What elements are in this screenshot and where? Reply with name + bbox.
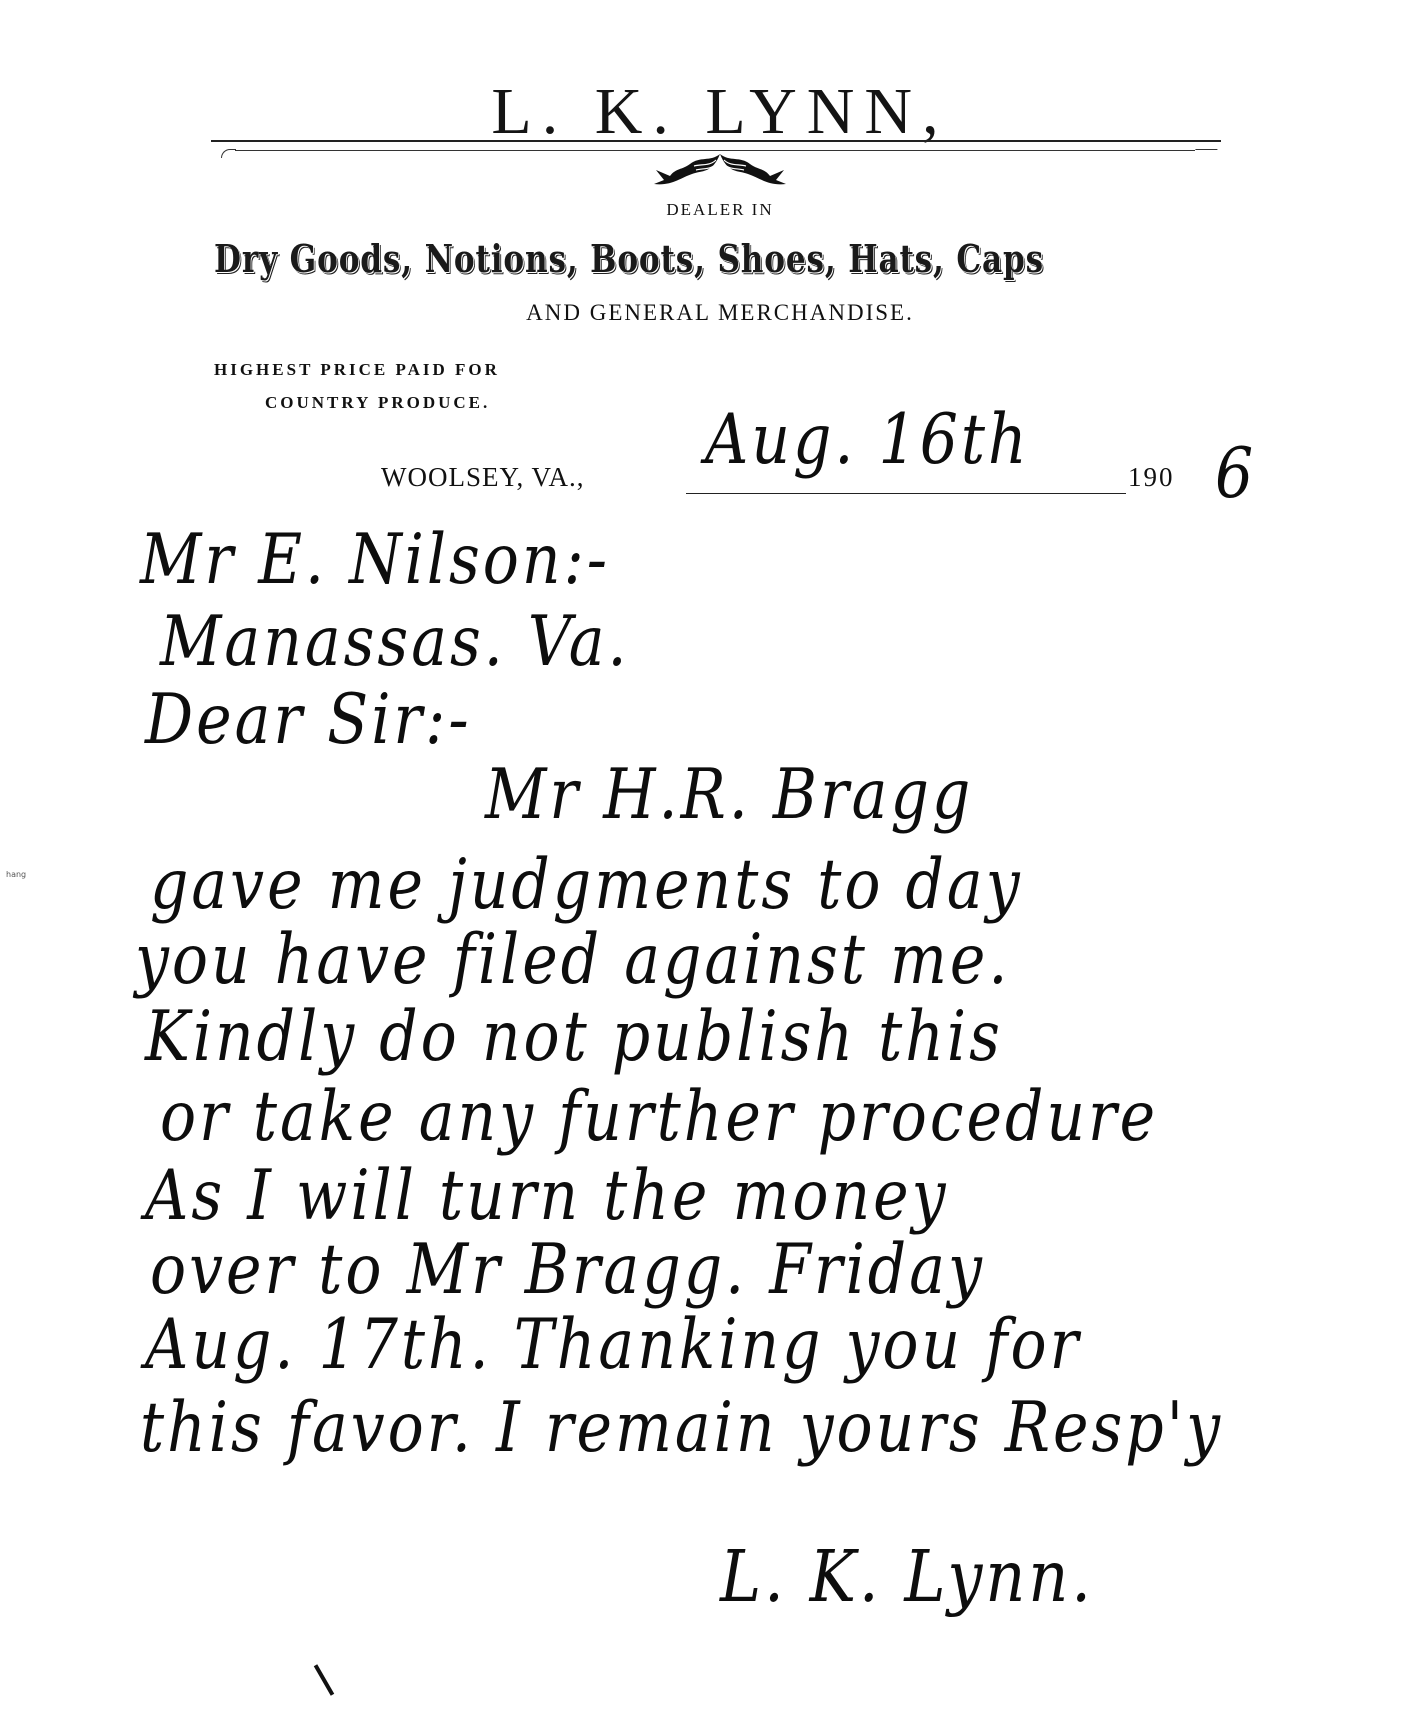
- letterhead-name: L. K. LYNN,: [0, 74, 1408, 150]
- body-line: Kindly do not publish this: [145, 997, 1003, 1078]
- place-label: WOOLSEY, VA.,: [381, 462, 585, 493]
- signature: L. K. Lynn.: [720, 1534, 1094, 1618]
- salutation: Dear Sir:-: [145, 680, 472, 761]
- handwritten-year-digit: 6: [1215, 434, 1256, 515]
- body-line: or take any further procedure: [160, 1077, 1158, 1158]
- recipient-name: Mr E. Nilson:-: [140, 520, 610, 601]
- body-line: over to Mr Bragg. Friday: [150, 1230, 985, 1311]
- recipient-city: Manassas. Va.: [160, 602, 630, 683]
- body-line: you have filed against me.: [135, 920, 1010, 1001]
- dealer-in-label: DEALER IN: [0, 200, 1408, 220]
- produce-line-2: COUNTRY PRODUCE.: [265, 393, 490, 413]
- stray-ink-mark: [314, 1664, 334, 1695]
- produce-line-1: HIGHEST PRICE PAID FOR: [214, 360, 500, 380]
- body-line: Aug. 17th. Thanking you for: [145, 1305, 1081, 1386]
- body-line: gave me judgments to day: [150, 845, 1023, 926]
- handwritten-date: Aug. 16th: [705, 400, 1030, 481]
- year-prefix: 190: [1128, 462, 1175, 493]
- letterhead-rule-bottom: [235, 150, 1195, 151]
- margin-note: hang: [6, 870, 26, 879]
- body-line: As I will turn the money: [145, 1156, 949, 1237]
- general-merchandise-label: AND GENERAL MERCHANDISE.: [0, 300, 1408, 326]
- ribbon-ornament-icon: [650, 152, 790, 186]
- body-line: this favor. I remain yours Resp'y: [140, 1388, 1223, 1469]
- letterhead-rule-top: [211, 140, 1221, 142]
- date-line: [686, 493, 1126, 494]
- body-line: Mr H.R. Bragg: [485, 755, 973, 836]
- goods-list: Dry Goods, Notions, Boots, Shoes, Hats, …: [214, 236, 1042, 281]
